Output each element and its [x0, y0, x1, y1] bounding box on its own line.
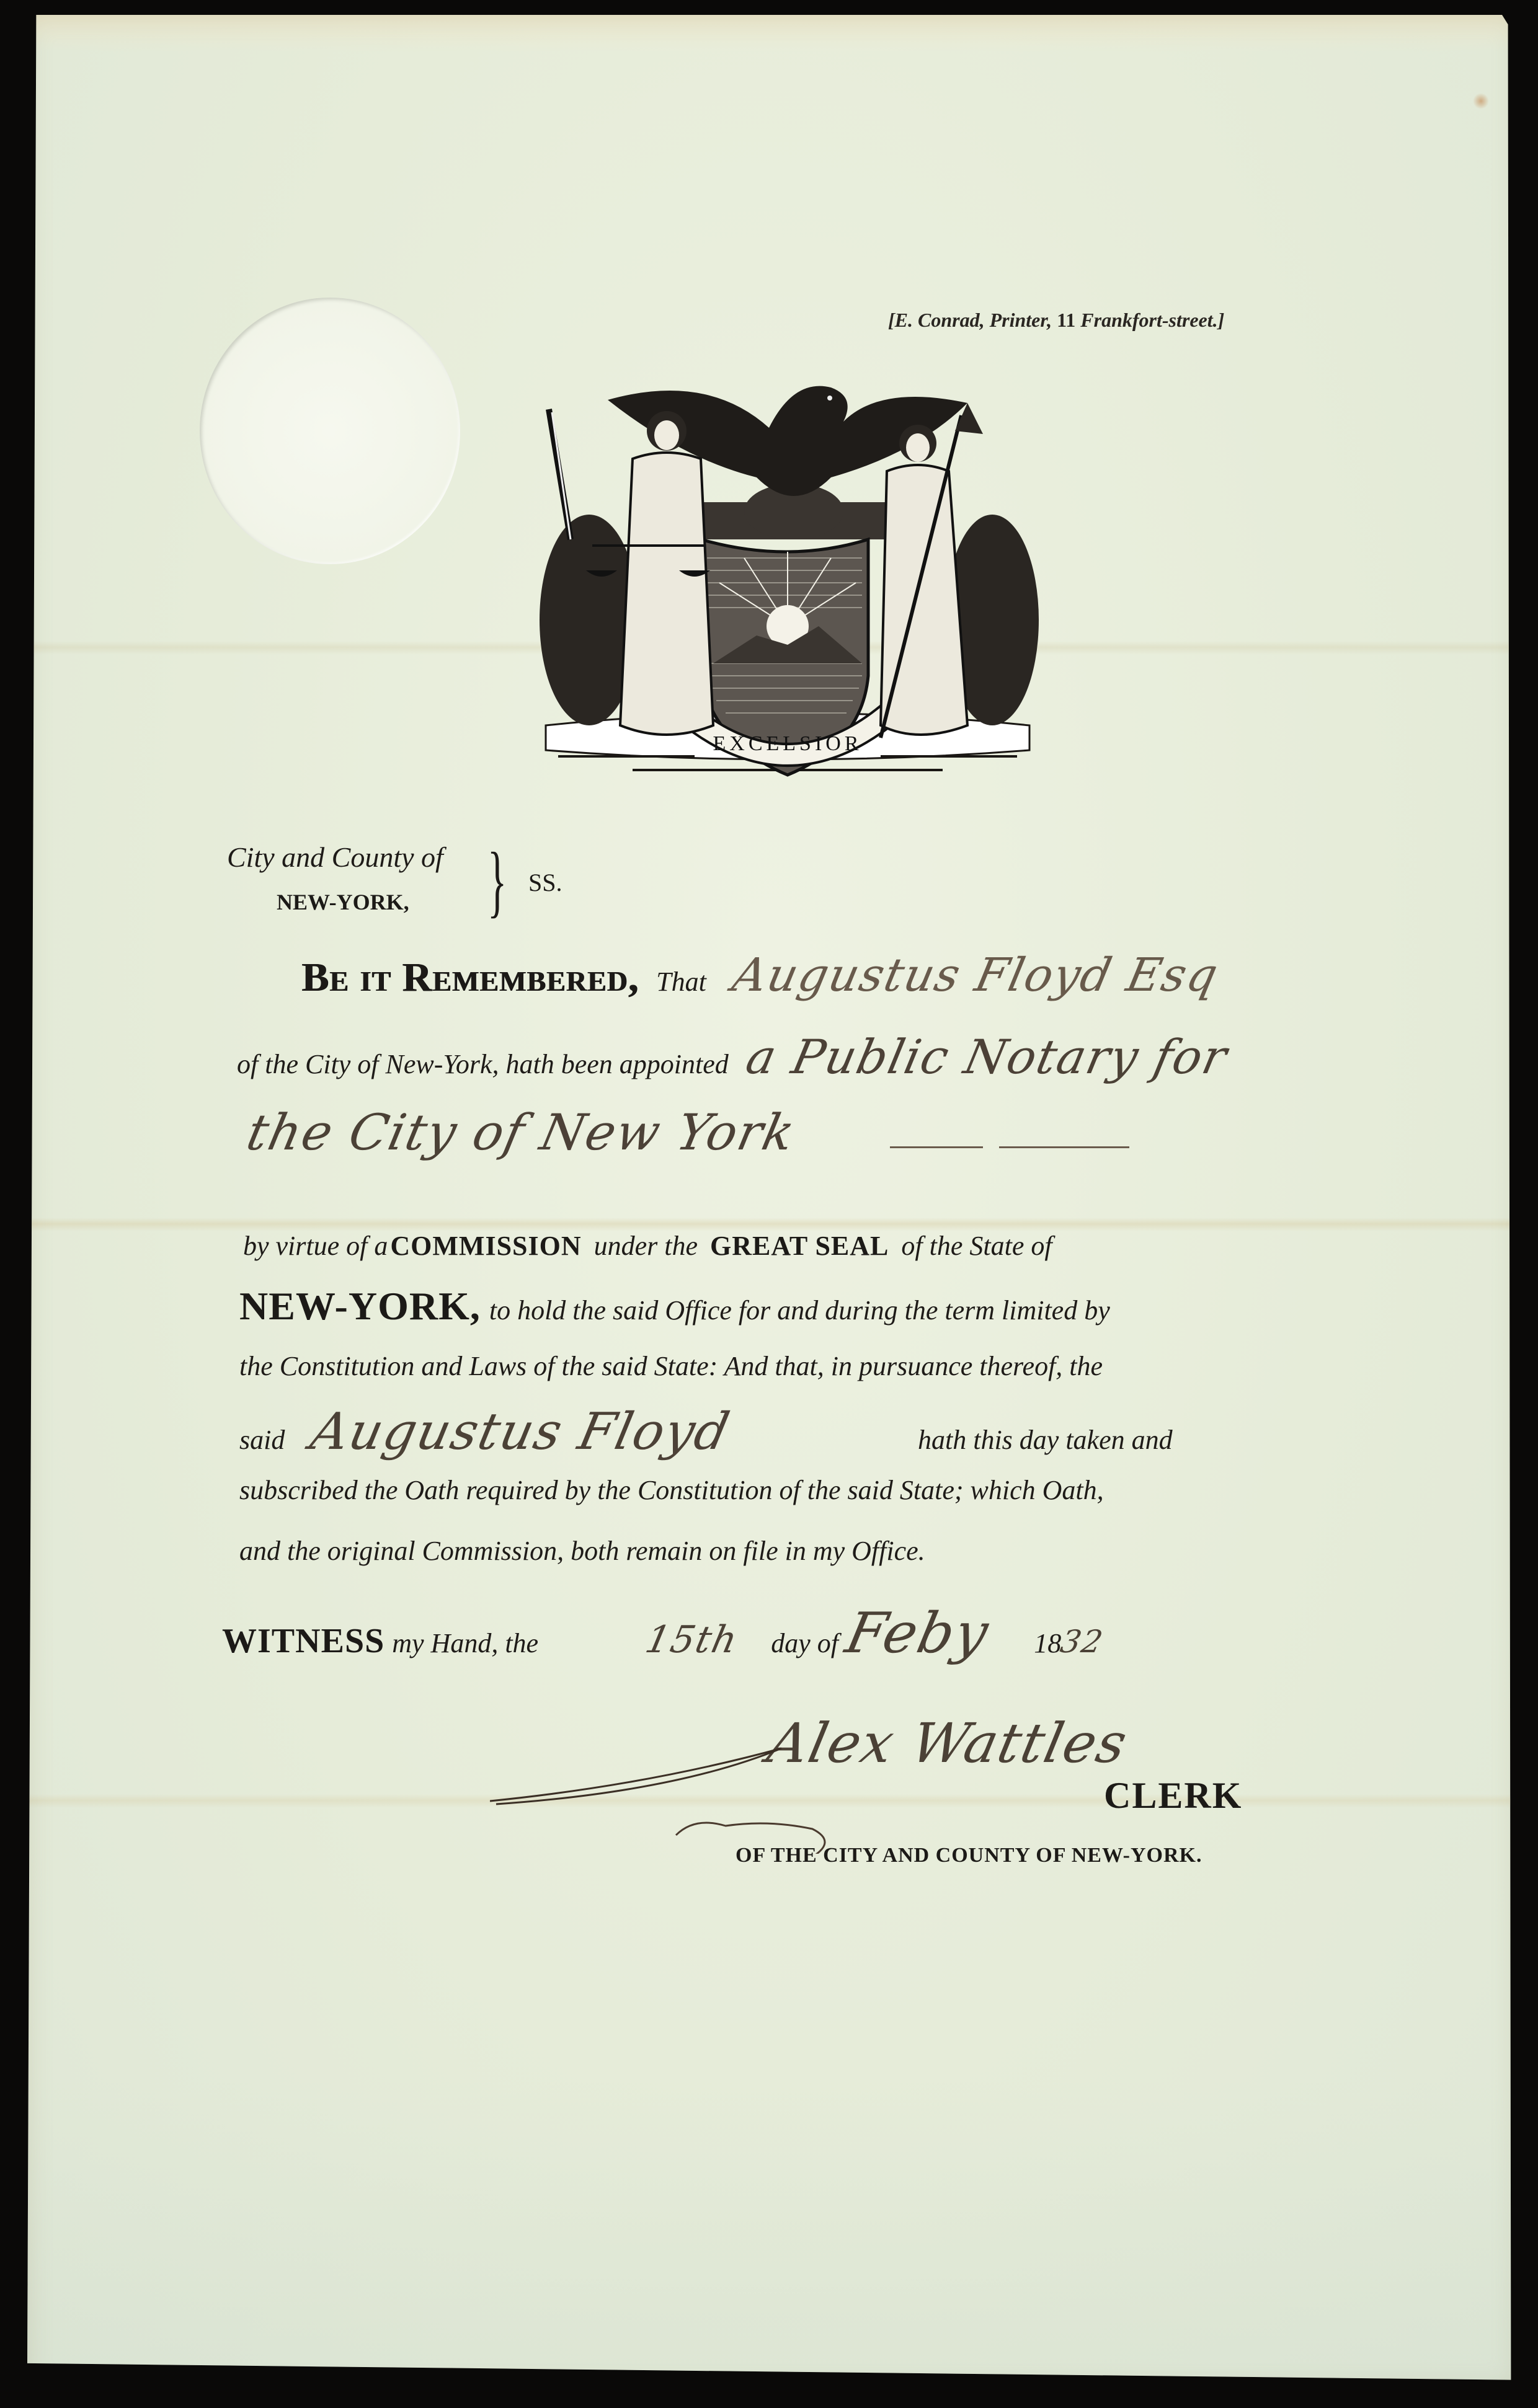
venue-ss: SS.	[528, 868, 562, 897]
coat-of-arms-icon: EXCELSIOR	[533, 353, 1042, 800]
venue-block: City and County of NEW-YORK, } SS.	[227, 841, 443, 874]
text-state-of: of the State of	[901, 1231, 1052, 1261]
on-file-line: and the original Commission, both remain…	[239, 1535, 925, 1567]
brace-icon: }	[487, 841, 507, 921]
office-handwritten-cont: the City of New York	[242, 1104, 801, 1161]
clerk-title: CLERK	[1104, 1774, 1242, 1817]
constitution-line: the Constitution and Laws of the said St…	[239, 1350, 1103, 1382]
text-said: said	[239, 1425, 285, 1455]
text-by-virtue: by virtue of a	[243, 1231, 388, 1261]
opening-line: Be it Remembered, That Augustus Floyd Es…	[301, 949, 1217, 1002]
text-term-limited: to hold the said Office for and during t…	[489, 1295, 1110, 1326]
venue-new-york: NEW-YORK,	[277, 889, 409, 915]
year-prefix: 18	[1034, 1628, 1061, 1658]
bracket-open: [	[888, 309, 895, 331]
oath-taker-line: said Augustus Floyd hath this day taken …	[239, 1402, 1173, 1461]
day-handwritten: 15th	[642, 1618, 742, 1662]
clerk-signature: Alex Wattles	[769, 1711, 1127, 1775]
witness-label: WITNESS	[222, 1622, 384, 1660]
text-hath-taken: hath this day taken and	[918, 1425, 1173, 1455]
printer-imprint: [E. Conrad, Printer, 11 Frankfort-street…	[888, 309, 1224, 332]
text-that: That	[656, 967, 706, 997]
year-suffix-handwritten: 32	[1057, 1624, 1107, 1660]
opening-blackletter: Be it Remembered,	[301, 955, 639, 1000]
text-on-file: and the original Commission, both remain…	[239, 1536, 925, 1566]
office-handwritten: a Public Notary for	[741, 1029, 1232, 1084]
appointed-line: of the City of New-York, hath been appoi…	[237, 1029, 1227, 1084]
text-constitution-laws: the Constitution and Laws of the said St…	[239, 1351, 1103, 1381]
text-under-the: under the	[594, 1231, 698, 1261]
bracket-close: ]	[1218, 309, 1225, 331]
fill-dash	[890, 1146, 983, 1148]
month-handwritten: Feby	[840, 1601, 995, 1666]
witness-line: WITNESS my Hand, the 15th day of Feby 18…	[222, 1601, 1103, 1666]
fill-dash	[999, 1146, 1129, 1148]
printer-street-number: 11	[1057, 309, 1075, 331]
text-great-seal: GREAT SEAL	[710, 1231, 889, 1261]
text-subscribed-oath: subscribed the Oath required by the Cons…	[239, 1475, 1104, 1505]
appointee-name-handwritten: Augustus Floyd Esq	[728, 949, 1224, 1002]
embossed-seal	[200, 298, 460, 564]
venue-city-county: City and County of	[227, 841, 443, 873]
text-day-of: day of	[771, 1628, 838, 1658]
new-york-line: NEW-YORK, to hold the said Office for an…	[239, 1283, 1110, 1329]
text-commission: COMMISSION	[390, 1231, 581, 1261]
appointee-signature: Augustus Floyd	[306, 1402, 736, 1461]
svg-text:EXCELSIOR: EXCELSIOR	[713, 732, 863, 755]
foxing-stain	[1473, 93, 1489, 109]
clerk-signature-text: Alex Wattles	[762, 1711, 1134, 1775]
subscribed-line: subscribed the Oath required by the Cons…	[239, 1474, 1104, 1506]
text-my-hand: my Hand, the	[392, 1628, 538, 1658]
text-appointed: of the City of New-York, hath been appoi…	[237, 1049, 729, 1079]
printer-street: Frankfort-street.	[1080, 309, 1217, 331]
state-coat-of-arms: EXCELSIOR	[533, 353, 1042, 800]
clerk-subtitle: OF THE CITY AND COUNTY OF NEW-YORK.	[736, 1844, 1202, 1867]
printer-name: E. Conrad, Printer,	[895, 309, 1052, 331]
text-new-york: NEW-YORK,	[239, 1284, 481, 1328]
office-cont-line: the City of New York	[248, 1104, 1129, 1161]
commission-line: by virtue of a COMMISSION under the GREA…	[243, 1230, 1052, 1262]
